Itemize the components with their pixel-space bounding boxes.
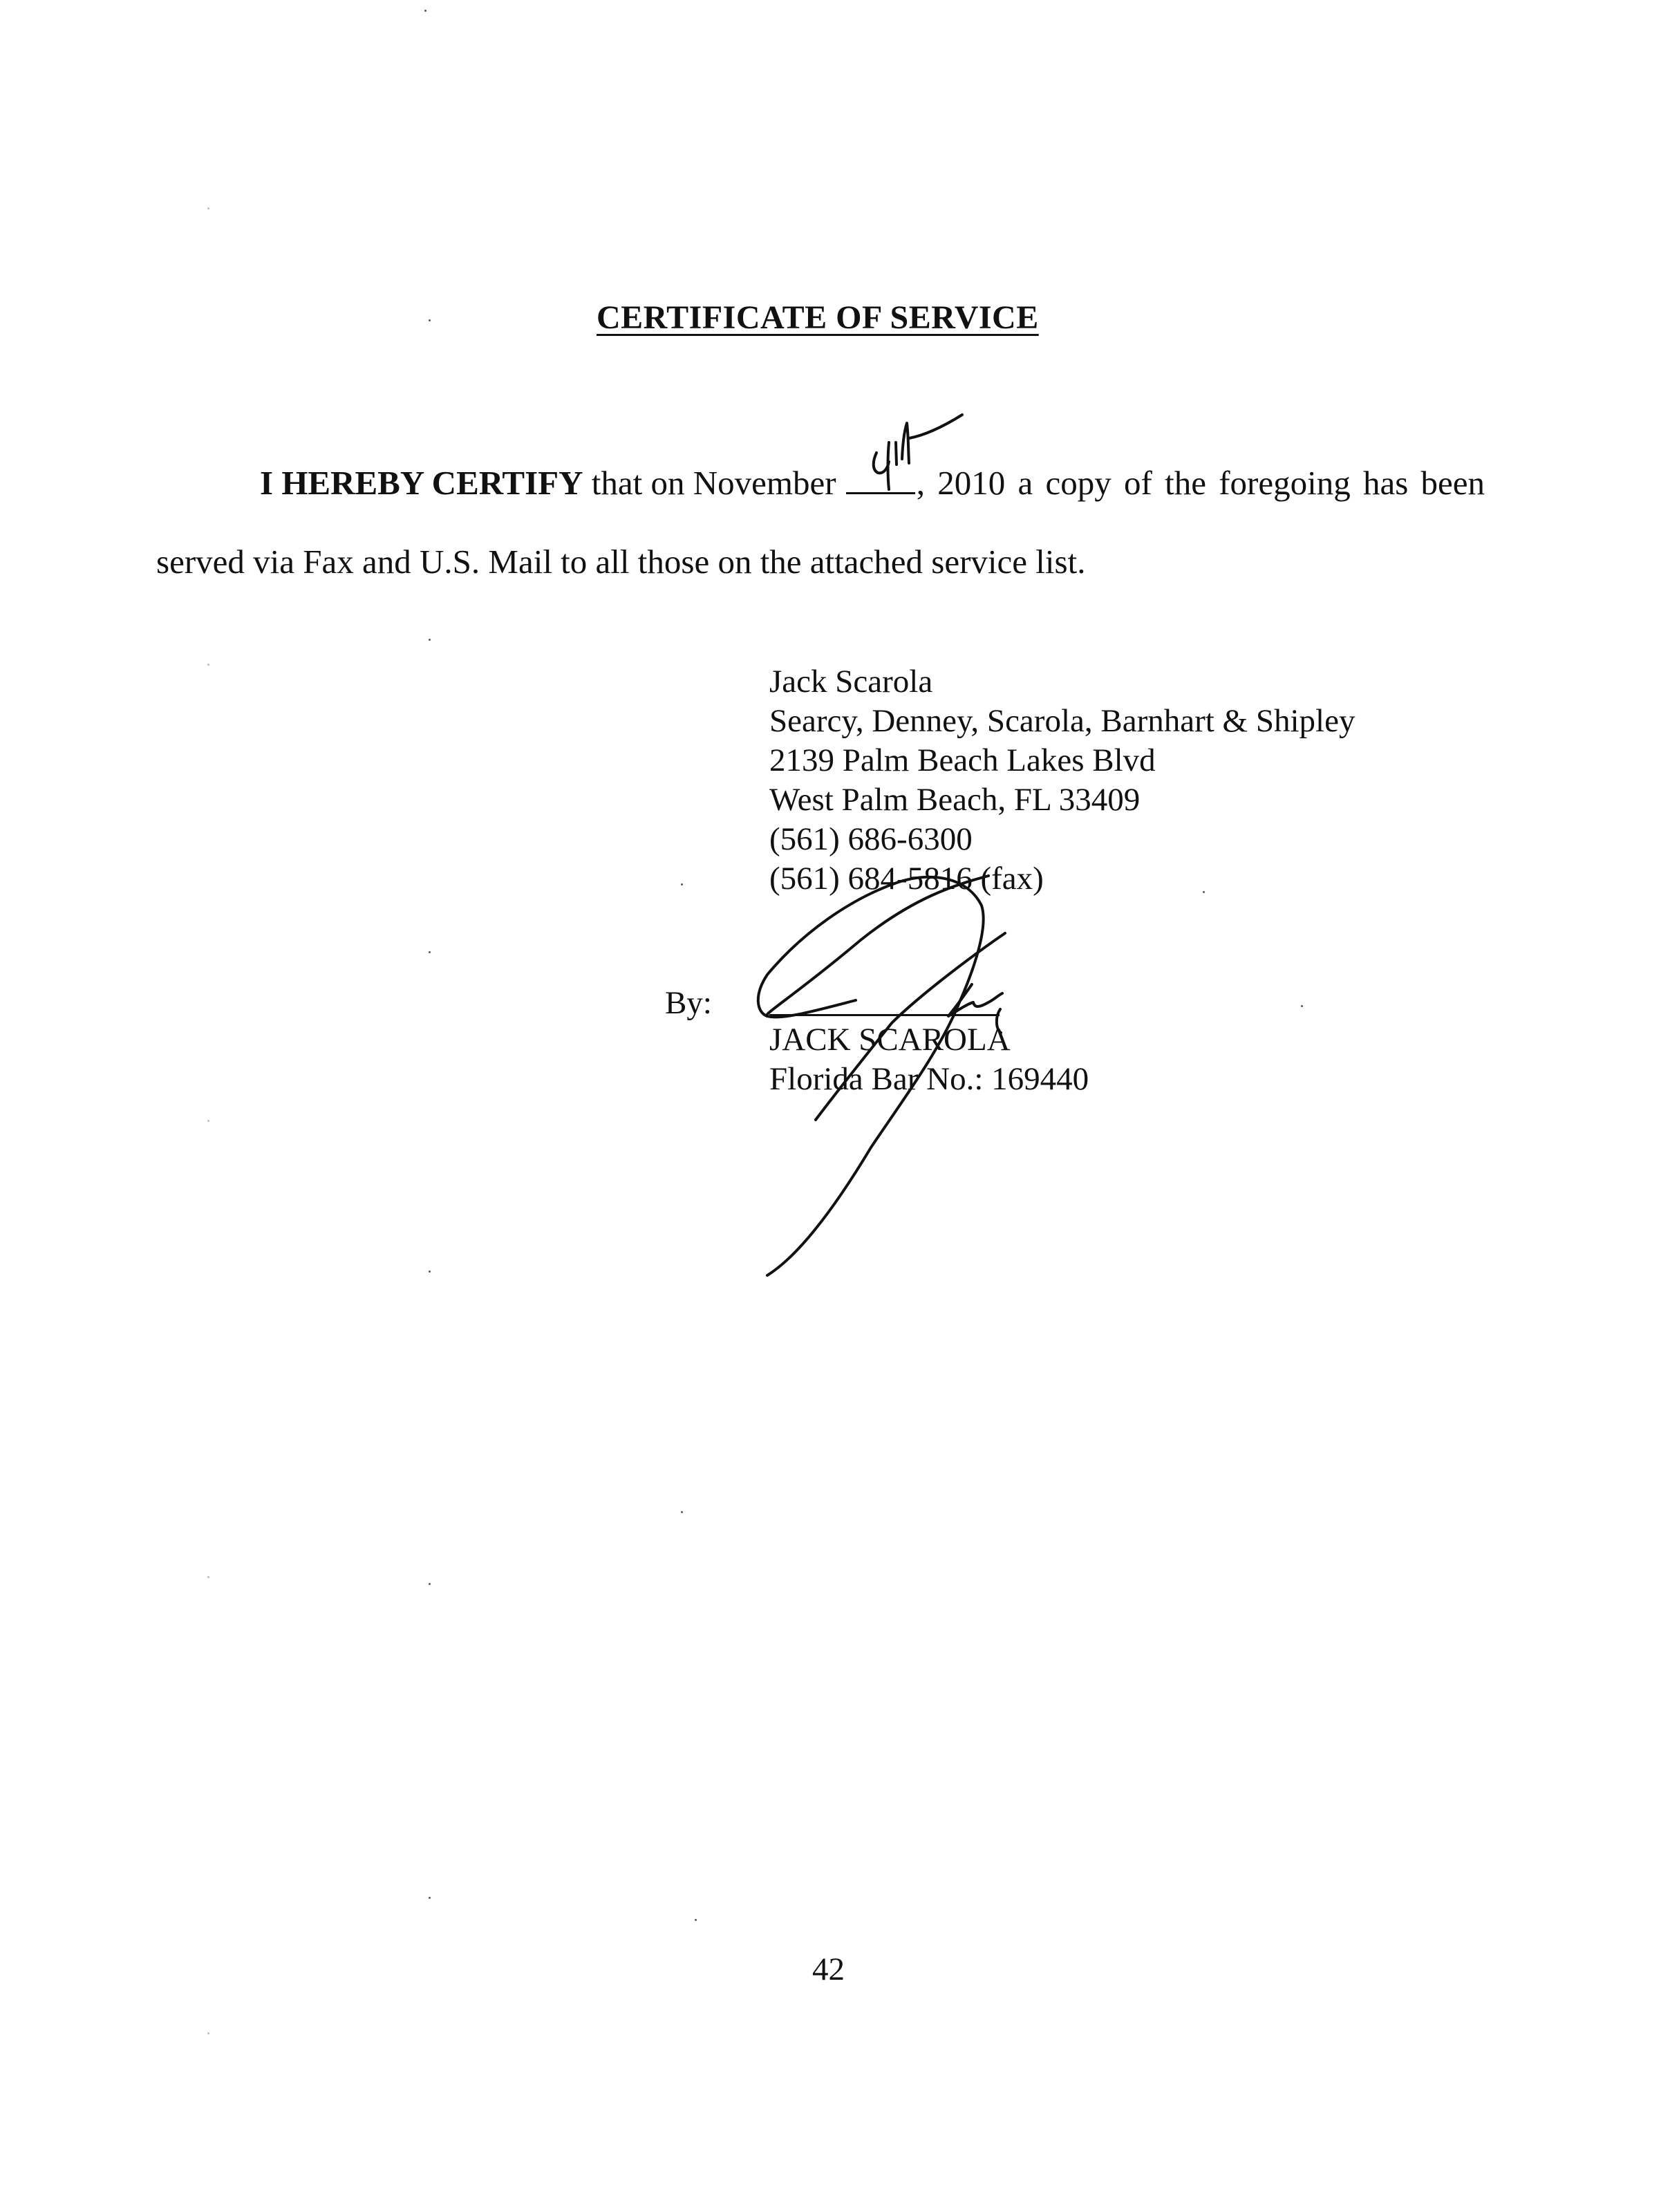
scan-speck — [1203, 891, 1205, 893]
certify-lead: I HEREBY CERTIFY — [260, 464, 583, 502]
scan-speck — [207, 207, 209, 209]
scan-speck — [1301, 1005, 1303, 1007]
scan-speck — [207, 1120, 209, 1122]
by-label: By: — [665, 984, 712, 1022]
scan-speck — [207, 2032, 209, 2034]
signer-block: JACK SCAROLA Florida Bar No.: 169440 — [769, 1020, 1089, 1099]
scan-speck — [429, 639, 431, 641]
date-blank-field — [846, 462, 915, 494]
phone-number: (561) 686-6300 — [769, 820, 1355, 859]
street-address: 2139 Palm Beach Lakes Blvd — [769, 741, 1355, 780]
scan-speck — [429, 1271, 431, 1273]
certification-line-2: served via Fax and U.S. Mail to all thos… — [156, 542, 1085, 581]
certify-text-before-date: that on November — [583, 464, 845, 502]
scan-speck — [424, 10, 426, 12]
certify-text-after-date: , 2010 a copy of the foregoing has been — [917, 464, 1485, 502]
scan-speck — [429, 951, 431, 953]
attorney-name: Jack Scarola — [769, 662, 1355, 702]
fax-number: (561) 684-5816 (fax) — [769, 859, 1355, 899]
law-firm: Searcy, Denney, Scarola, Barnhart & Ship… — [769, 702, 1355, 741]
bar-number: Florida Bar No.: 169440 — [769, 1060, 1089, 1099]
attorney-address-block: Jack Scarola Searcy, Denney, Scarola, Ba… — [769, 662, 1355, 899]
scan-speck — [207, 664, 209, 666]
scan-speck — [429, 1583, 431, 1585]
scan-speck — [207, 1576, 209, 1578]
scan-speck — [695, 1919, 697, 1921]
signature-line — [769, 1014, 1000, 1016]
scan-speck — [681, 1511, 683, 1513]
city-state-zip: West Palm Beach, FL 33409 — [769, 780, 1355, 820]
signer-name: JACK SCAROLA — [769, 1020, 1089, 1060]
certification-line-1: I HEREBY CERTIFY that on November , 2010… — [260, 462, 1485, 503]
page-number: 42 — [812, 1951, 845, 1988]
scan-speck — [429, 1897, 431, 1899]
scan-speck — [681, 883, 683, 885]
page-title: CERTIFICATE OF SERVICE — [597, 299, 1039, 337]
scan-speck — [429, 319, 431, 321]
